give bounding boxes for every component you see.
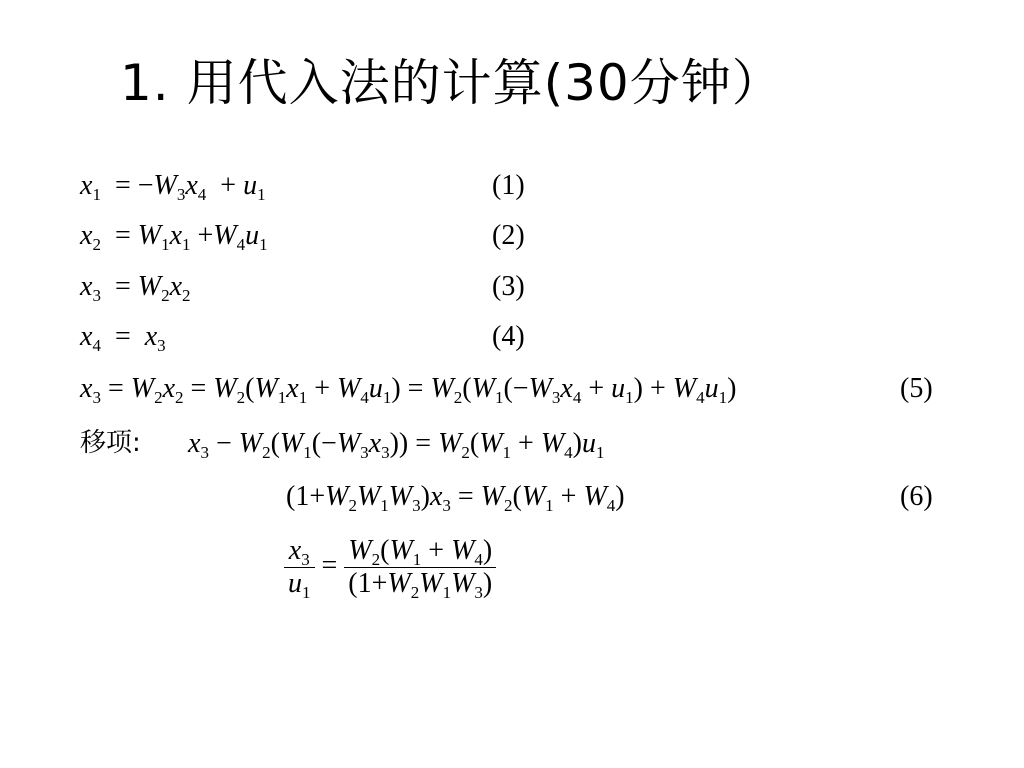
equation-move-terms: x3 − W2(W1(−W3x3)) = W2(W1 + W4)u1 xyxy=(188,430,605,458)
equation-number-6: (6) xyxy=(900,483,933,511)
equation-3: x3 = W2x2 xyxy=(80,273,191,301)
fraction-left: x3 u1 xyxy=(284,535,315,600)
slide-title: 1. 用代入法的计算(30分钟） xyxy=(120,58,783,108)
equation-number-5: (5) xyxy=(900,375,933,403)
equation-number-1: (1) xyxy=(492,172,525,200)
equation-number-4: (4) xyxy=(492,323,525,351)
move-terms-label: 移项: xyxy=(80,430,141,456)
equation-6: (1+W2W1W3)x3 = W2(W1 + W4) xyxy=(286,483,625,511)
equation-1: x1 = −W3x4 + u1 xyxy=(80,172,266,200)
equation-number-2: (2) xyxy=(492,222,525,250)
equation-number-3: (3) xyxy=(492,273,525,301)
fraction-right: W2(W1 + W4) (1+W2W1W3) xyxy=(344,535,496,600)
equation-transfer-function: x3 u1 = W2(W1 + W4) (1+W2W1W3) xyxy=(284,535,496,600)
equation-5: x3 = W2x2 = W2(W1x1 + W4u1) = W2(W1(−W3x… xyxy=(80,375,736,403)
equation-4: x4 = x3 xyxy=(80,323,166,351)
equation-2: x2 = W1x1 +W4u1 xyxy=(80,222,268,250)
